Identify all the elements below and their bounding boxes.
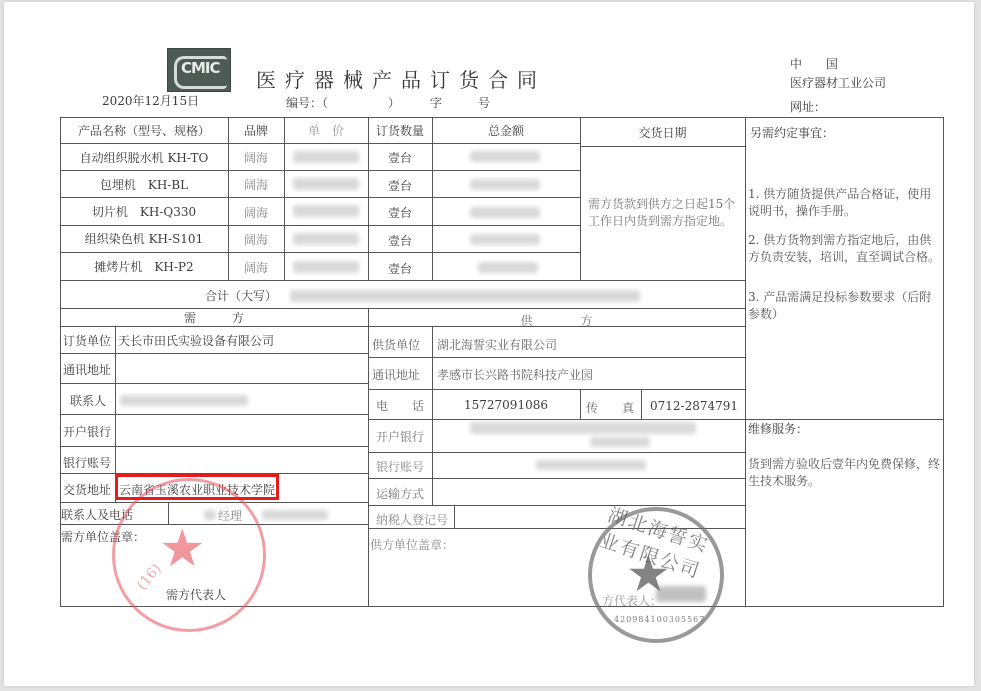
total-label: 合计（大写） [205,287,277,304]
redacted-buyer-contact [120,395,248,406]
redacted-total-amount [290,290,640,302]
supplier-unit: 湖北海誓实业有限公司 [437,336,557,353]
redacted-unit-price [293,205,359,217]
supplier-phone: 15727091086 [432,398,580,412]
buyer-contract-stamp: ★ (16) [112,478,266,632]
redacted-supplier-account [536,460,646,470]
star-icon: ★ [626,545,671,603]
redacted-contact-phone [262,510,328,520]
redacted-unit-price [293,178,359,190]
supplier-seal-label: 供方单位盖章： [370,536,454,553]
other-terms-heading: 另需约定事宜： [750,124,834,141]
supplier-unit-label: 供货单位 [372,336,420,353]
supplier-address: 孝感市长兴路书院科技产业园 [437,366,593,383]
buyer-contact-label: 联系人 [70,392,106,409]
contract-date: 2020年12月15日 [102,92,199,109]
product-brand: 阔海 [228,176,284,193]
maintenance-text: 货到需方验收后壹年内免费保修，终生技术服务。 [748,456,942,490]
redacted-unit-price [293,261,359,273]
redacted-total [470,234,540,245]
supplier-bank-label: 开户银行 [376,428,424,445]
buyer-account-label: 银行账号 [63,454,111,471]
header-total: 总金额 [432,122,580,139]
redacted-total [478,262,538,273]
serial-number: 编号：（ ） 字 号 [286,94,490,111]
buyer-heading: 需 方 [60,309,368,326]
product-name: 切片机 KH-Q330 [60,203,228,220]
product-name: 自动组织脱水机 KH-TO [60,149,228,166]
cmic-logo: CMIC [167,48,231,92]
redacted-total [470,179,540,190]
product-quantity: 壹台 [368,204,432,221]
product-quantity: 壹台 [368,232,432,249]
delivery-address-highlight [115,474,279,500]
company-country: 中 国 [790,55,848,72]
header-unit-price: 单 价 [284,122,368,139]
delivery-terms: 需方货款到供方之日起15个工作日内货到需方指定地。 [588,196,742,230]
buyer-delivery-address-label: 交货地址 [63,481,111,498]
contract-title: 医疗器械产品订货合同 [256,64,546,93]
product-quantity: 壹台 [368,177,432,194]
other-term-2: 2. 供方货物到需方指定地后，由供方负责安装，培训，直至调试合格。 [748,232,942,266]
supplier-tax-label: 纳税人登记号 [376,511,448,528]
supplier-heading: 供 方 [368,312,745,329]
supplier-address-label: 通讯地址 [372,366,420,383]
website-label: 网址： [790,98,826,115]
company-name: 医疗器材工业公司 [790,74,886,91]
header-quantity: 订货数量 [368,122,432,139]
buyer-bank-label: 开户银行 [63,423,111,440]
redacted-unit-price [293,233,359,245]
product-name: 组织染色机 KH-S101 [60,230,228,247]
product-brand: 阔海 [228,204,284,221]
product-brand: 阔海 [228,259,284,276]
product-quantity: 壹台 [368,260,432,277]
header-delivery-date: 交货日期 [580,124,745,141]
redacted-unit-price [293,151,359,163]
header-product-name: 产品名称（型号、规格） [60,122,228,139]
stamp-code: 420984100305567 [614,615,705,624]
product-name: 包埋机 KH-BL [60,176,228,193]
buyer-order-unit: 天长市田氏实验设备有限公司 [118,332,274,349]
buyer-address-label: 通讯地址 [63,361,111,378]
redacted-total [470,207,540,218]
supplier-transport-label: 运输方式 [376,485,424,502]
supplier-fax-label: 传 真 [586,399,634,416]
redacted-supplier-bank [470,422,696,434]
product-brand: 阔海 [228,231,284,248]
maintenance-heading: 维修服务： [748,420,808,437]
header-brand: 品牌 [228,122,284,139]
buyer-order-unit-label: 订货单位 [63,332,111,349]
product-name: 摊烤片机 KH-P2 [60,258,228,275]
supplier-account-label: 银行账号 [376,458,424,475]
other-term-1: 1. 供方随货提供产品合格证，使用说明书，操作手册。 [748,186,942,220]
supplier-company-stamp: 湖北海誓实业有限公司 ★ 420984100305567 [588,507,724,643]
redacted-total [470,151,540,162]
other-term-3: 3. 产品需满足投标参数要求（后附参数） [748,289,942,323]
supplier-phone-label: 电 话 [376,397,424,414]
star-icon: ★ [159,519,206,579]
supplier-fax: 0712-2874791 [650,399,738,413]
redacted-supplier-bank-branch [590,437,650,447]
product-quantity: 壹台 [368,149,432,166]
product-brand: 阔海 [228,149,284,166]
